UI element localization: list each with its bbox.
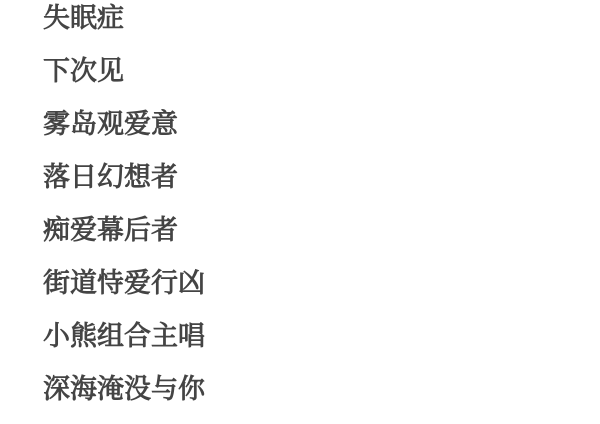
list-item: 深海淹没与你	[43, 371, 205, 400]
list-item: 小熊组合主唱	[43, 318, 205, 371]
list-item: 雾岛观爱意	[43, 106, 205, 159]
list-item: 下次见	[43, 53, 205, 106]
name-list: 失眠症 下次见 雾岛观爱意 落日幻想者 痴爱幕后者 街道恃爱行凶 小熊组合主唱 …	[43, 0, 205, 400]
list-item: 落日幻想者	[43, 159, 205, 212]
list-item: 痴爱幕后者	[43, 212, 205, 265]
list-item: 街道恃爱行凶	[43, 265, 205, 318]
list-item: 失眠症	[43, 0, 205, 53]
